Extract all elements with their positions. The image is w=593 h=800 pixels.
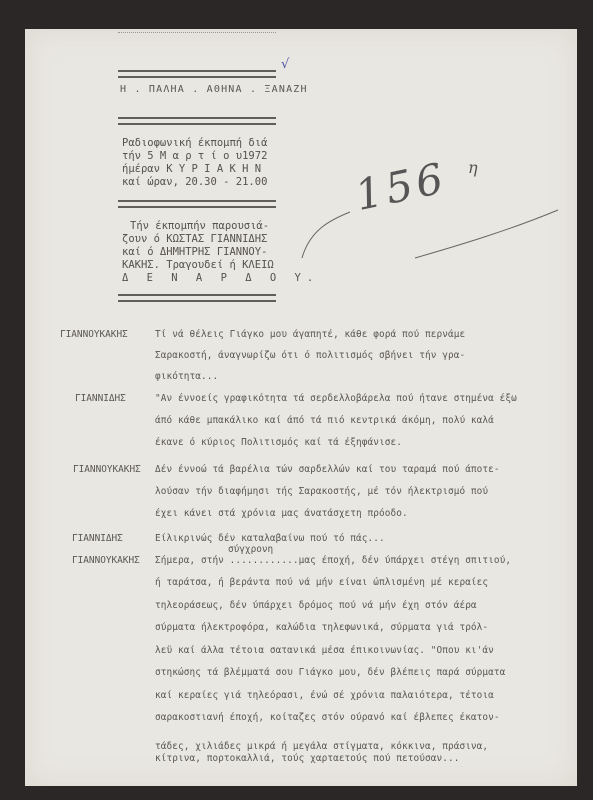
dialogue-line: έχει κάνει στά χρόνια μας άνατάσχετη πρό…: [155, 508, 408, 519]
presenters-line: Δ Ε Ν Α Ρ Δ Ο Υ.: [122, 272, 319, 285]
presenters-line: ζουν ό ΚΩΣΤΑΣ ΓΙΑΝΝΙΔΗΣ: [122, 233, 267, 246]
presenters-line: ΚΑΚΗΣ. Τραγουδεί ή ΚΛΕΙΩ: [122, 259, 274, 272]
dialogue-line: έκανε ό κύριος Πολιτισμός καί τά έξηφάνι…: [155, 437, 402, 448]
dialogue-line: κίτρινα, πορτοκαλλιά, τούς χαρταετούς πο…: [155, 753, 459, 764]
presenters-line: καί ό ΔΗΜΗΤΡΗΣ ΓΙΑΝΝΟΥ-: [122, 246, 267, 259]
dialogue-line: λεϋ καί άλλα τέτοια σατανικά μέσα έπικοι…: [155, 645, 494, 656]
dialogue-line: άπό κάθε μπακάλικο καί άπό τά πιό κεντρι…: [155, 415, 494, 426]
program-title: Η . ΠΑΛΗΑ . ΑΘΗΝΑ . ΞΑΝΑΖΗ: [120, 84, 308, 95]
double-rule-middle: [118, 200, 276, 208]
dialogue-line: τάδες, χιλιάδες μικρά ή μεγάλα στίγματα,…: [155, 741, 488, 752]
dialogue-line: τηλεοράσεως, δέν ύπάρχει δρόμος πού νά μ…: [155, 600, 477, 611]
handwritten-superscript: η: [468, 158, 478, 177]
broadcast-info-line: τήν 5 Μ α ρ τ ί ο υ1972: [122, 150, 267, 163]
double-rule-top: [118, 70, 276, 78]
dialogue-line: λούσαν τήν διαφήμησι τής Σαρακοστής, μέ …: [155, 486, 488, 497]
speaker-label: ΓΙΑΝΝΙΔΗΣ: [75, 393, 126, 404]
broadcast-info-line: Ραδιοφωνική έκπομπή διά: [122, 137, 267, 150]
dialogue-line: σαρακοστιανή έποχή, κοίταζες στόν ούρανό…: [155, 712, 500, 723]
overtype-correction: σύγχρονη: [228, 544, 273, 555]
dialogue-line: Είλικρινώς δέν καταλαβαίνω πού τό πάς...: [155, 533, 385, 544]
dialogue-line: σύρματα ήλεκτροφόρα, καλώδια τηλεφωνικά,…: [155, 622, 488, 633]
dialogue-line: Σαρακοστή, άναγνωρίζω ότι ό πολιτισμός σ…: [155, 350, 465, 361]
dialogue-line: Σήμερα, στήν ............μας έποχή, δέν …: [155, 555, 511, 566]
speaker-label: ΓΙΑΝΝΟΥΚΑΚΗΣ: [72, 555, 140, 566]
double-rule-title-bottom: [118, 117, 276, 125]
dialogue-line: στηκώσης τά βλέμματά σου Γιάγκο μου, δέν…: [155, 667, 505, 678]
presenters-line: Τήν έκπομπήν παρουσιά-: [130, 220, 269, 233]
speaker-label: ΓΙΑΝΝΟΥΚΑΚΗΣ: [73, 464, 141, 475]
double-rule-bottom: [118, 294, 276, 302]
speaker-label: ΓΙΑΝΝΙΔΗΣ: [72, 533, 123, 544]
dialogue-line: ή ταράτσα, ή βεράντα πού νά μήν είναι ώπ…: [155, 577, 488, 588]
dialogue-line: Δέν έννοώ τά βαρέλια τών σαρδελλών καί τ…: [155, 464, 500, 475]
dialogue-line: "Αν έννοείς γραφικότητα τά σερδελλοβάρελ…: [155, 393, 517, 404]
checkmark-annotation: √: [281, 57, 289, 72]
broadcast-info-line: καί ώραν, 20.30 - 21.00: [122, 176, 267, 189]
dialogue-line: Τί νά θέλεις Γιάγκο μου άγαπητέ, κάθε φο…: [155, 329, 465, 340]
handwritten-underline-curve: [300, 200, 560, 260]
dialogue-line: καί κεραίες γιά τηλεόρασι, ένώ σέ χρόνια…: [155, 690, 494, 701]
broadcast-info-line: ήμέραν Κ Υ Ρ Ι Α Κ Η Ν: [122, 163, 261, 176]
dialogue-line: φικότητα...: [155, 371, 218, 382]
speaker-label: ΓΙΑΝΝΟΥΚΑΚΗΣ: [60, 329, 128, 340]
dotted-rule: [118, 32, 276, 33]
